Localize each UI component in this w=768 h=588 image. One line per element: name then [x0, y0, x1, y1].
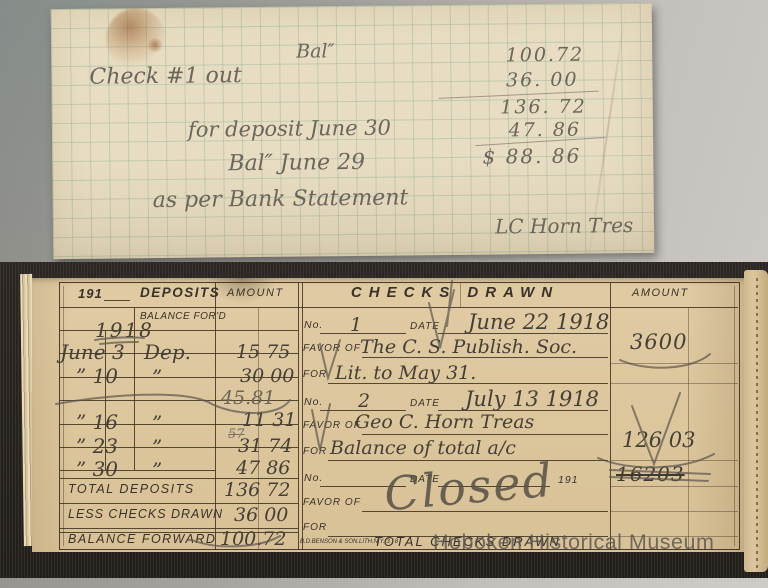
no-label: No. [304, 319, 323, 331]
deposit-row-desc: ” [152, 435, 162, 459]
note-amount-1: 100.72 [506, 44, 585, 67]
deposit-row-date: ” 30 [76, 457, 118, 481]
note-signature: LC Horn Tres [495, 213, 633, 238]
deposits-year-prefix: 191 [78, 286, 103, 301]
balance-forward-amount: 100.72 [220, 528, 286, 550]
rule [63, 286, 64, 546]
check-date: July 13 1918 [465, 387, 599, 411]
note-amount-column: 100.72 36. 00 136. 72 47. 86 $ 88. 86 [416, 3, 598, 5]
binding-stitches [756, 274, 758, 568]
checks-drawn-header: CHECKS DRAWN [300, 284, 610, 301]
deposit-row-date: ” 16 [76, 410, 118, 434]
deposit-row-amount: 30 00 [240, 365, 294, 387]
rule [320, 333, 406, 334]
note-line-statement: as per Bank Statement [153, 185, 409, 213]
deposit-row-desc: ” [152, 411, 162, 435]
deposit-row-date: June 3 [60, 340, 125, 364]
check-no: 2 [358, 390, 370, 412]
rule [734, 286, 735, 546]
favor-of-label: FAVOR OF [303, 497, 361, 508]
note-line-deposit: for deposit June 30 [188, 116, 391, 142]
note-amount-2: 36. 00 [506, 69, 579, 92]
note-amount-3: 136. 72 [500, 96, 587, 119]
year-written: 1918 [95, 318, 154, 342]
deposits-header: DEPOSITS [140, 285, 220, 300]
rule [610, 511, 738, 512]
check-no: 1 [350, 314, 362, 336]
less-checks-drawn-label: LESS CHECKS DRAWN [68, 507, 223, 521]
note-line-check-out: Check #1 out [89, 63, 242, 90]
check-amount: 3600 [630, 330, 687, 354]
checks-amount-header: AMOUNT [632, 287, 689, 299]
deposit-row-desc: ” [152, 365, 162, 389]
rule [610, 486, 738, 487]
favor-of-label: FAVOR OF [303, 343, 361, 354]
balance-forward-label: BALANCE FORWARD [68, 532, 216, 546]
note-amount-balance: $ 88. 86 [482, 144, 581, 169]
deposit-row-date: ” 10 [76, 364, 118, 388]
deposit-row-amount: 11 31 [242, 409, 296, 431]
photo-of-bank-book: { "watermark": "Hoboken Historical Museu… [0, 0, 768, 588]
check-favor: Geo C. Horn Treas [355, 411, 534, 433]
rule [362, 434, 608, 435]
less-checks-amount: 36 00 [234, 504, 288, 526]
year-blank-line [104, 300, 130, 301]
no-label: No. [304, 472, 323, 484]
museum-watermark: Hoboken Historical Museum [433, 530, 714, 555]
total-deposits-label: TOTAL DEPOSITS [68, 482, 195, 496]
check-for: Lit. to May 31. [335, 362, 476, 384]
rule [610, 460, 738, 461]
rule [610, 363, 738, 364]
deposit-row-amount: 31 74 [238, 435, 292, 457]
deposit-row-amount: 15 75 [236, 341, 290, 363]
favor-of-label: FAVOR OF [303, 420, 361, 431]
rule [302, 283, 303, 550]
pencil-subtotal: 45.81 [220, 386, 276, 410]
rule [610, 383, 738, 384]
for-label: FOR [303, 522, 327, 533]
check-amount-crossed: 16203 [616, 462, 685, 486]
deposit-row-date: ” 23 [76, 434, 118, 458]
no-label: No. [304, 396, 323, 408]
rule [298, 283, 299, 550]
for-label: FOR [303, 369, 327, 380]
note-balance-heading: Bal″ [296, 40, 335, 62]
deposit-row-desc: ” [152, 458, 162, 482]
check-date: June 22 1918 [468, 310, 609, 334]
deposit-row-amount: 47 86 [236, 457, 290, 479]
deposit-row-desc: Dep. [144, 340, 191, 364]
note-line-balance: Bal″ June 29 [228, 150, 365, 176]
rule [610, 283, 611, 550]
printer-mark: B.D.BENSON & SON.LITH.N.Y. 3 . 8 [300, 539, 398, 545]
year-stub: 191 [558, 474, 579, 486]
for-label: FOR [303, 446, 327, 457]
handwritten-note-paper: Bal″ Check #1 out 100.72 36. 00 136. 72 … [51, 3, 655, 259]
check-for: Balance of total a/c [330, 437, 516, 459]
rule [60, 307, 738, 308]
total-deposits-amount: 136 72 [224, 479, 290, 501]
date-label: DATE [410, 398, 440, 409]
ledger-page: 191 DEPOSITS AMOUNT BALANCE FOR'D CHECKS… [32, 278, 744, 552]
deposits-amount-header: AMOUNT [227, 287, 284, 299]
date-label: DATE [410, 321, 440, 332]
note-amount-4: 47. 86 [508, 119, 581, 142]
book-binding-edge [744, 270, 768, 572]
check-amount: 126 03 [622, 428, 695, 452]
check-favor: The C. S. Publish. Soc. [360, 336, 577, 358]
